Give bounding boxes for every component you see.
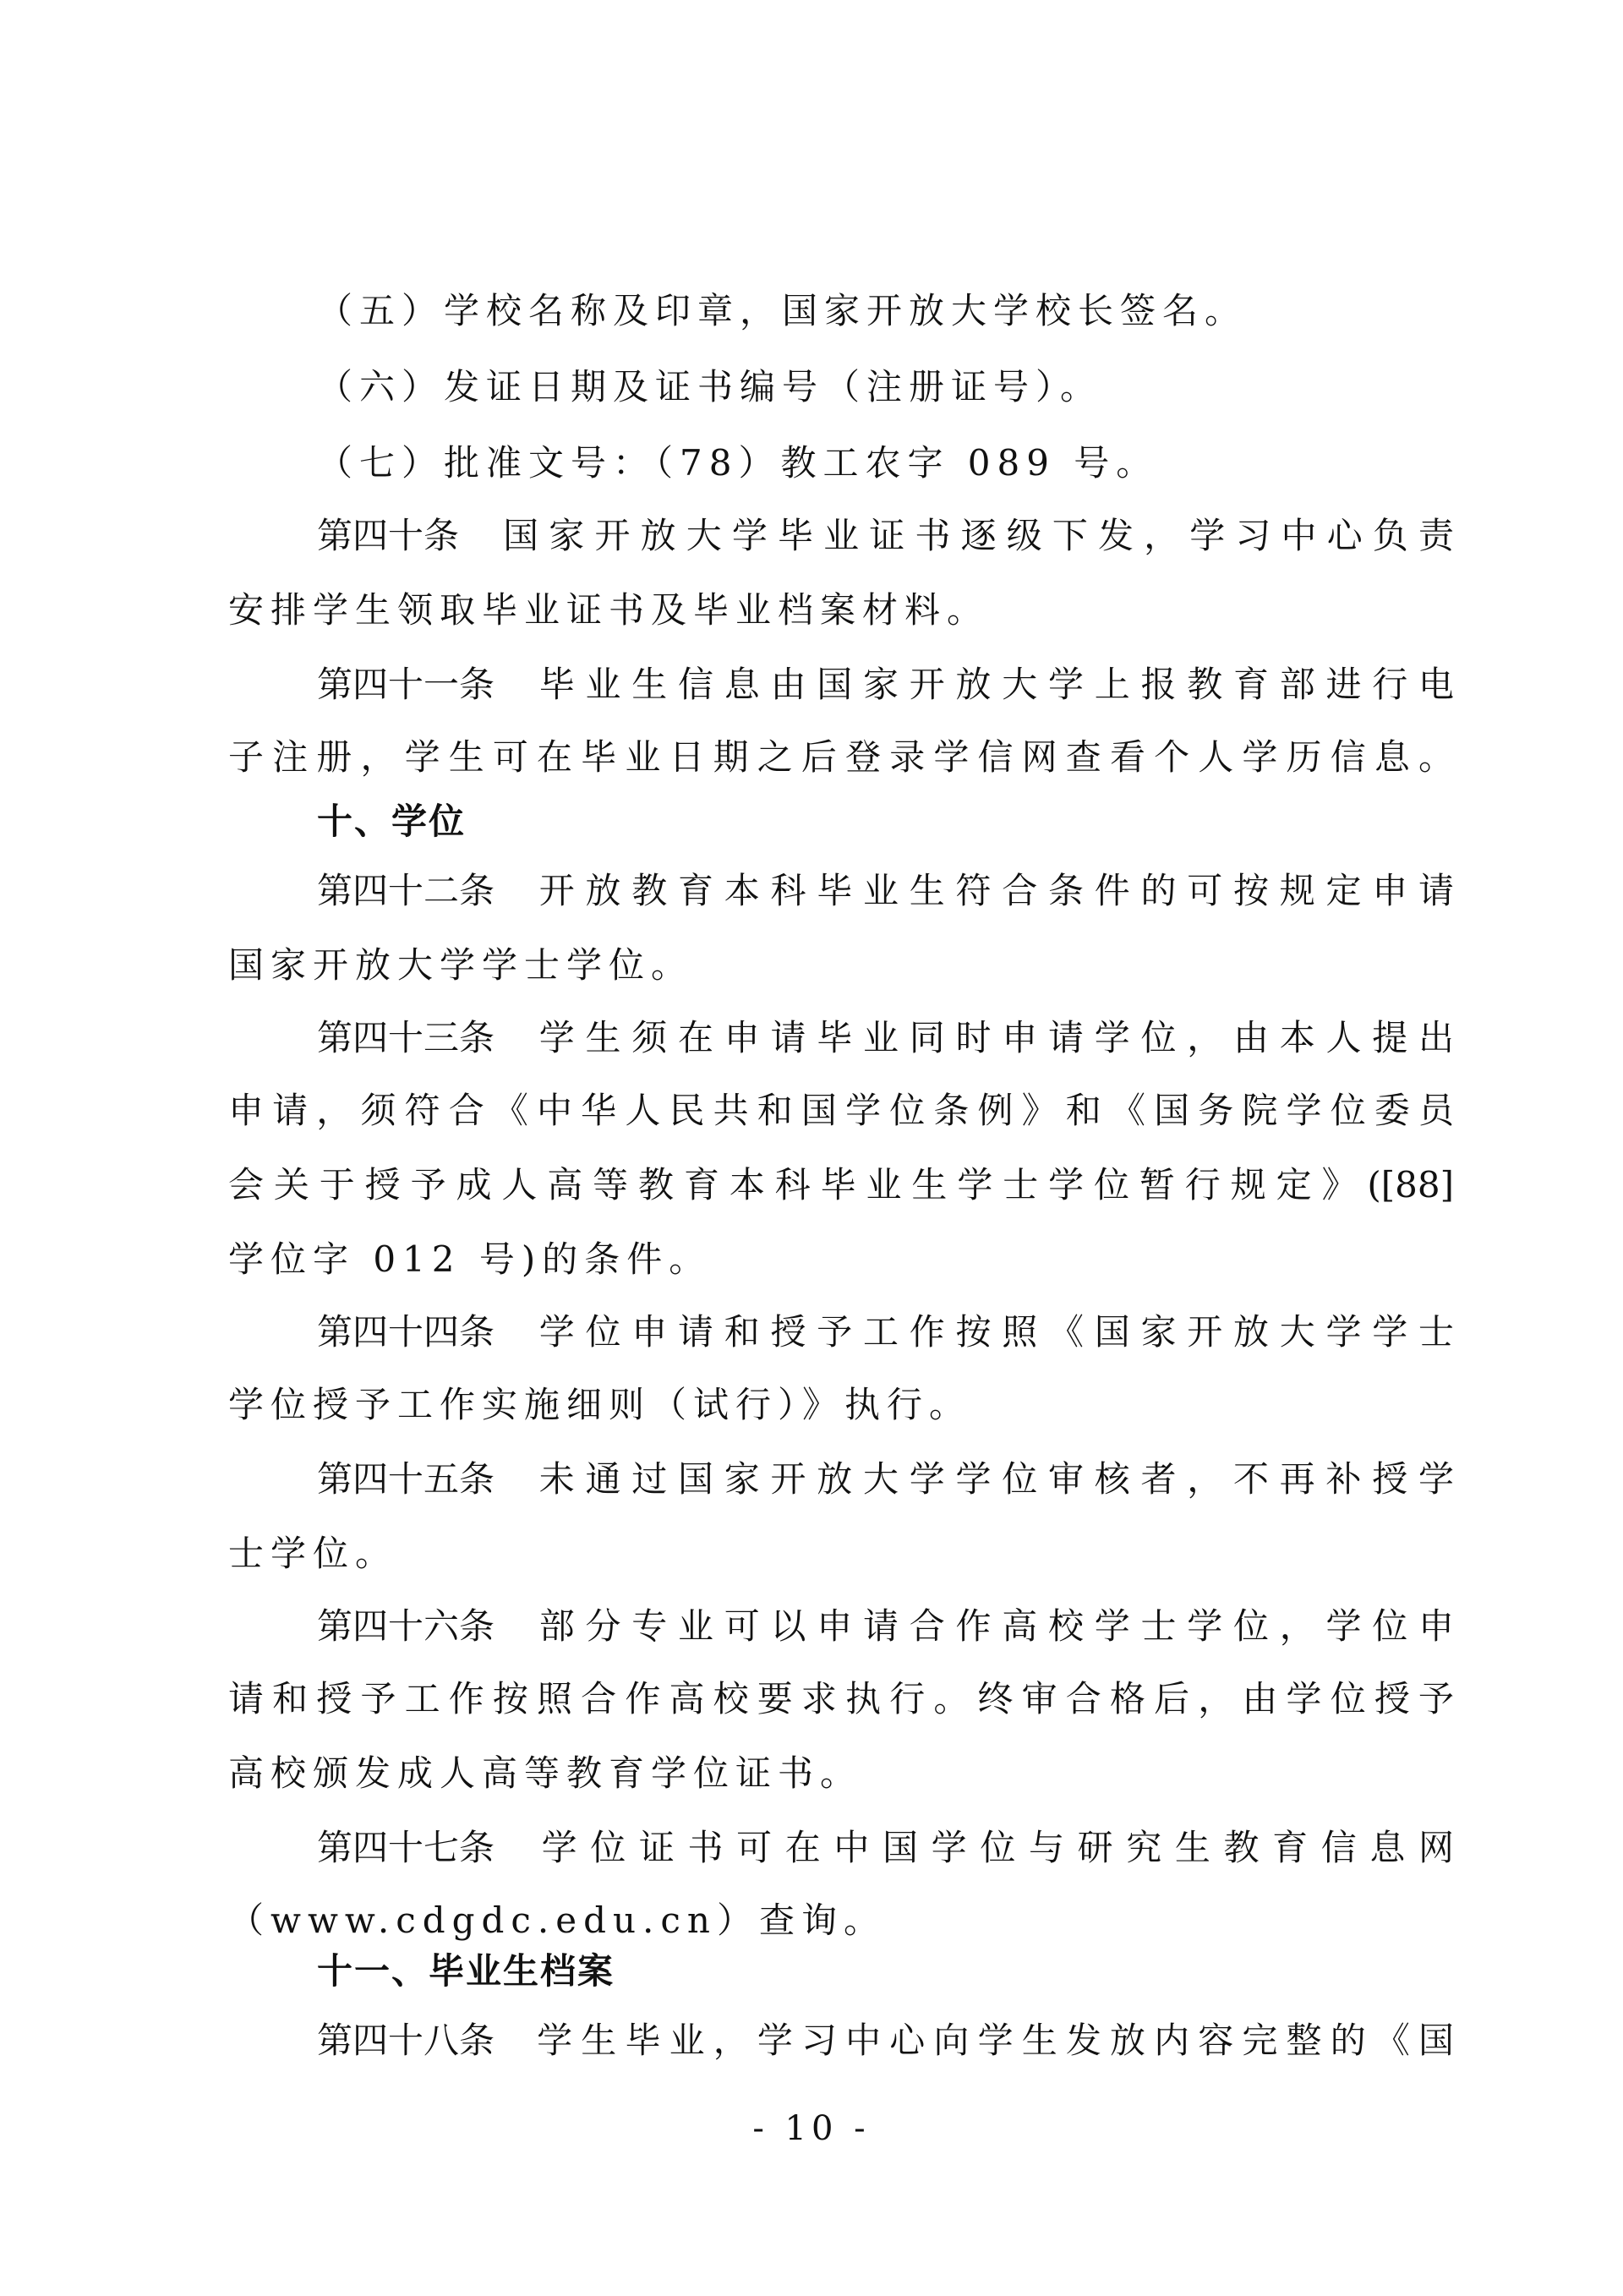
article-46-line-1: 第四十六条部分专业可以申请合作高校学士学位，学位申 — [317, 1601, 1454, 1652]
article-43-line-3: 会关于授予成人高等教育本科毕业生学士学位暂行规定》([88] — [228, 1160, 1454, 1211]
article-44-line-1: 第四十四条学位申请和授予工作按照《国家开放大学学士 — [317, 1307, 1454, 1358]
section-heading-degree: 十、学位 — [317, 796, 1454, 847]
page-number: - 10 - — [0, 2103, 1623, 2154]
article-number: 第四十八条 — [317, 2015, 495, 2066]
article-number: 第四十二条 — [317, 866, 495, 916]
article-number: 第四十一条 — [317, 659, 495, 710]
article-43-line-4: 学位字 012 号)的条件。 — [228, 1234, 1454, 1285]
article-40-line-2: 安排学生领取毕业证书及毕业档案材料。 — [228, 585, 1454, 636]
article-number: 第四十七条 — [317, 1823, 495, 1873]
article-number: 第四十五条 — [317, 1454, 495, 1505]
article-44-line-2: 学位授予工作实施细则（试行）》执行。 — [228, 1380, 1454, 1430]
article-46-line-3: 高校颁发成人高等教育学位证书。 — [228, 1748, 1454, 1799]
item-seven: （七）批准文号：（78）教工农字 089 号。 — [317, 438, 1454, 489]
article-47-line-1: 第四十七条学位证书可在中国学位与研究生教育信息网 — [317, 1823, 1454, 1873]
article-41-line-1: 第四十一条毕业生信息由国家开放大学上报教育部进行电 — [317, 659, 1454, 710]
article-42-line-1: 第四十二条开放教育本科毕业生符合条件的可按规定申请 — [317, 866, 1454, 916]
article-43-line-2: 申请，须符合《中华人民共和国学位条例》和《国务院学位委员 — [228, 1085, 1454, 1136]
article-42-line-2: 国家开放大学学士学位。 — [228, 940, 1454, 991]
section-heading-archive: 十一、毕业生档案 — [317, 1946, 1454, 1997]
article-45-line-2: 士学位。 — [228, 1528, 1454, 1579]
article-number: 第四十四条 — [317, 1307, 495, 1358]
article-number: 第四十条 — [317, 511, 459, 561]
article-41-line-2: 子注册，学生可在毕业日期之后登录学信网查看个人学历信息。 — [228, 732, 1454, 783]
article-45-line-1: 第四十五条未通过国家开放大学学位审核者，不再补授学 — [317, 1454, 1454, 1505]
article-48-line-1: 第四十八条学生毕业，学习中心向学生发放内容完整的《国 — [317, 2015, 1454, 2066]
article-43-line-1: 第四十三条学生须在申请毕业同时申请学位，由本人提出 — [317, 1013, 1454, 1063]
article-46-line-2: 请和授予工作按照合作高校要求执行。终审合格后，由学位授予 — [228, 1674, 1454, 1725]
article-47-line-2: （www.cdgdc.edu.cn）查询。 — [228, 1895, 1454, 1946]
article-number: 第四十三条 — [317, 1013, 495, 1063]
item-five: （五）学校名称及印章，国家开放大学校长签名。 — [317, 286, 1454, 336]
article-40-line-1: 第四十条国家开放大学毕业证书逐级下发，学习中心负责 — [317, 511, 1454, 561]
item-six: （六）发证日期及证书编号（注册证号）。 — [317, 362, 1454, 413]
document-page: （五）学校名称及印章，国家开放大学校长签名。 （六）发证日期及证书编号（注册证号… — [0, 0, 1623, 2296]
article-number: 第四十六条 — [317, 1601, 495, 1652]
